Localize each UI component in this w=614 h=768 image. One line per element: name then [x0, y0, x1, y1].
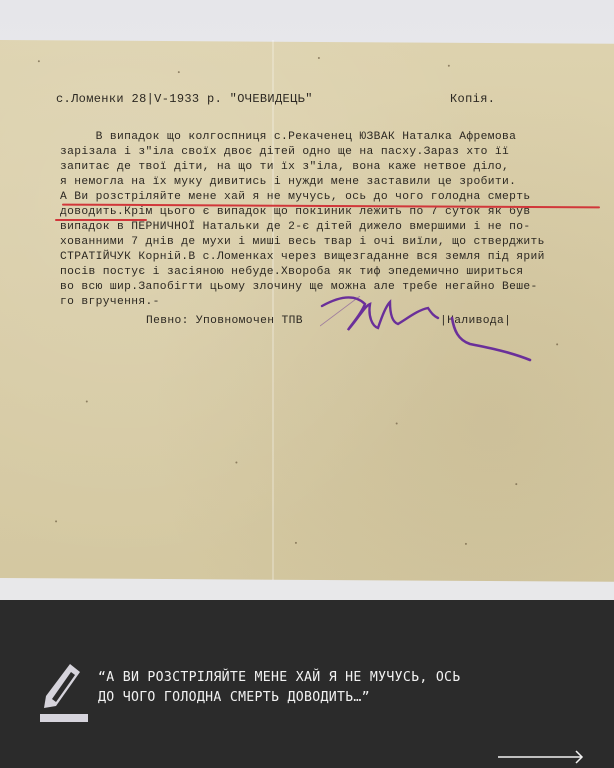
body-line: я немогла на їх муку дивитись і нужди ме… — [60, 176, 516, 188]
body-line: випадок в ПЕРНИЧНОЇ Натальки де 2-є діте… — [60, 221, 531, 233]
ink-signature — [320, 296, 540, 366]
body-line-highlighted: А Ви розстріляйте мене хай я не мучусь, … — [60, 191, 531, 203]
document-header-left: с.Ломенки 28|V-1933 р. "ОЧЕВИДЕЦЬ" — [56, 92, 313, 106]
body-line: зарізала і з"іла своїх двоє дітей одно щ… — [60, 146, 509, 158]
body-line: хованними 7 днів де мухи і миші весь тва… — [60, 236, 545, 248]
arrow-right-icon[interactable] — [496, 748, 586, 766]
quote-line-2: ДО ЧОГО ГОЛОДНА СМЕРТЬ ДОВОДИТЬ…” — [98, 688, 558, 708]
quote-footer: “А ВИ РОЗСТРІЛЯЙТЕ МЕНЕ ХАЙ Я НЕ МУЧУСЬ,… — [0, 600, 614, 768]
document-photo: с.Ломенки 28|V-1933 р. "ОЧЕВИДЕЦЬ" Копія… — [0, 0, 614, 600]
body-line: посів постує і засіяною небуде.Хвороба я… — [60, 266, 523, 278]
quote-text: “А ВИ РОЗСТРІЛЯЙТЕ МЕНЕ ХАЙ Я НЕ МУЧУСЬ,… — [98, 668, 558, 708]
red-highlight-underline — [55, 219, 147, 221]
pen-icon — [40, 662, 90, 722]
quote-line-1: “А ВИ РОЗСТРІЛЯЙТЕ МЕНЕ ХАЙ Я НЕ МУЧУСЬ,… — [98, 668, 558, 688]
document-header-right: Копія. — [450, 92, 495, 106]
body-line-highlighted: доводить.Крім цього є випадок що покійни… — [60, 206, 531, 218]
body-line: во всю шир.Запобігти цьому злочину ще мо… — [60, 281, 538, 293]
body-line: го вгручення.- — [60, 296, 160, 308]
typed-document: с.Ломенки 28|V-1933 р. "ОЧЕВИДЕЦЬ" Копія… — [0, 0, 614, 600]
body-line: запитає де твої діти, на що ти їх з"іла,… — [60, 161, 509, 173]
body-line: СТРАТІЙЧУК Корній.В с.Ломенках через вищ… — [60, 251, 545, 263]
body-line: В випадок що колгоспниця с.Рекаченец ЮЗВ… — [60, 131, 516, 143]
signature-line: Певно: Уповномочен ТПВ — [146, 315, 303, 327]
